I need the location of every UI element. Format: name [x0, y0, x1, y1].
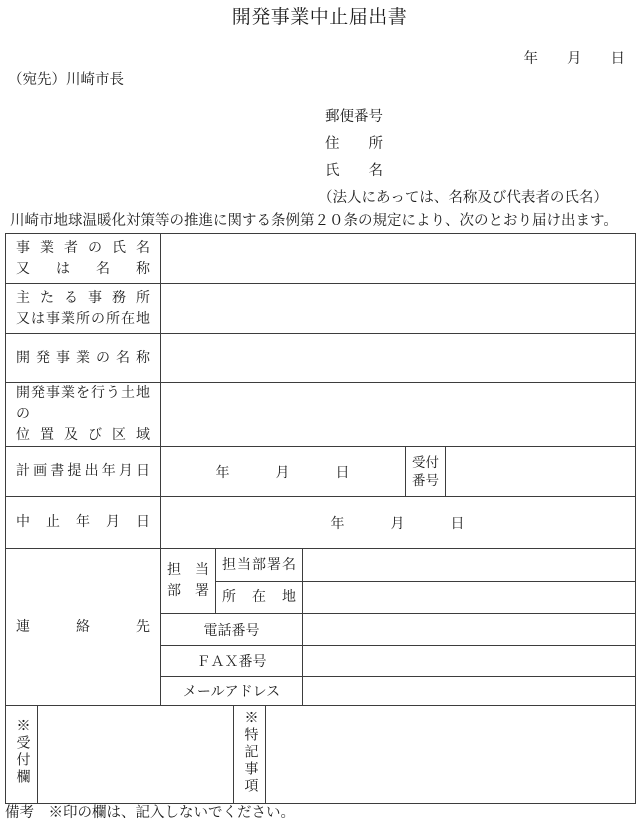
project-name-field — [161, 334, 636, 383]
fax-field — [303, 646, 636, 677]
land-location-label: 開発事業を行う土地の 位置及び区域 — [6, 383, 161, 447]
receipt-number-field — [446, 447, 636, 497]
corporate-note: （法人にあっては、名称及び代表者の氏名） — [318, 185, 608, 212]
office-use-table: ※受付欄 ※特記事項 — [5, 705, 636, 804]
office-location-field — [161, 284, 636, 334]
cancellation-date-label: 中止年月日 — [6, 497, 161, 549]
contact-label: 連絡先 — [6, 549, 161, 706]
name-label: 氏 名 — [325, 158, 608, 185]
business-name-label: 事業者の氏名 又は名称 — [6, 234, 161, 284]
business-name-field — [161, 234, 636, 284]
receipt-number-label: 受付 番号 — [406, 447, 446, 497]
addressee-line: （宛先）川崎市長 — [8, 68, 124, 89]
land-location-field — [161, 383, 636, 447]
phone-label: 電話番号 — [161, 614, 303, 646]
department-address-label: 所在地 — [216, 582, 303, 614]
cancellation-date-field: 年 月 日 — [161, 497, 636, 549]
email-field — [303, 677, 636, 706]
office-location-label: 主たる事務所 又は事業所の所在地 — [6, 284, 161, 334]
form-page: 開発事業中止届出書 年 月 日 （宛先）川崎市長 郵便番号 住 所 氏 名 （法… — [0, 0, 639, 821]
phone-field — [303, 614, 636, 646]
postal-code-label: 郵便番号 — [325, 104, 608, 131]
plan-submission-date-field: 年 月 日 — [161, 447, 406, 497]
page-title: 開発事業中止届出書 — [0, 2, 639, 29]
department-address-field — [303, 582, 636, 614]
project-name-label: 開発事業の名称 — [6, 334, 161, 383]
special-notes-field — [266, 706, 636, 804]
address-label: 住 所 — [325, 131, 608, 158]
special-notes-column-label: ※特記事項 — [234, 706, 266, 804]
department-name-label: 担当部署名 — [216, 549, 303, 582]
plan-submission-date-label: 計画書提出年月日 — [6, 447, 161, 497]
reception-field — [38, 706, 234, 804]
submission-date-line: 年 月 日 — [524, 47, 626, 68]
department-name-field — [303, 549, 636, 582]
department-label: 担当 部署 — [161, 549, 216, 614]
fax-label: ＦＡＸ番号 — [161, 646, 303, 677]
email-label: メールアドレス — [161, 677, 303, 706]
reception-column-label: ※受付欄 — [6, 706, 38, 804]
remarks-note: 備考 ※印の欄は、記入しないでください。 — [5, 801, 295, 821]
sender-block: 郵便番号 住 所 氏 名 （法人にあっては、名称及び代表者の氏名） — [325, 104, 608, 212]
main-form-table: 事業者の氏名 又は名称 主たる事務所 又は事業所の所在地 開発事業の名称 開発事… — [5, 233, 636, 706]
declaration-sentence: 川崎市地球温暖化対策等の推進に関する条例第２０条の規定により、次のとおり届け出ま… — [10, 209, 618, 230]
